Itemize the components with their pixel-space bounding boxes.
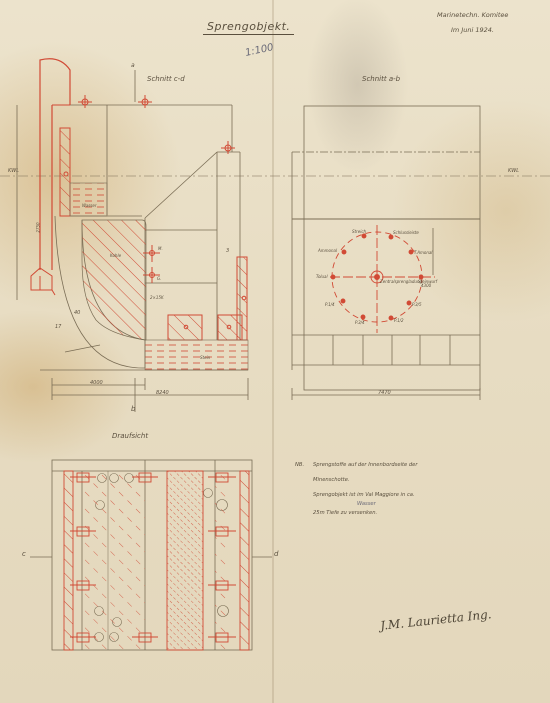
water-label: Wasser	[82, 203, 96, 208]
charge-g-label: G.	[157, 276, 161, 281]
section-ab-label: Schnitt a-b	[362, 75, 400, 83]
section-cd-red-structure	[31, 59, 248, 370]
charge-label-2: T.Amonal	[414, 250, 432, 255]
charge-label-0: Streich	[352, 229, 366, 234]
center-charge-label: Zentralsprengladung	[380, 279, 422, 284]
charge-label-1: Schlussleiste	[393, 230, 419, 235]
stone-label: Stein	[200, 355, 210, 360]
section-marker-a: a	[131, 62, 135, 69]
notes-line-3-insert: Wasser	[357, 501, 376, 507]
coal-label: Kohle	[110, 253, 121, 258]
dimension-7470: 7470	[378, 390, 391, 396]
plan-red-structure	[64, 471, 249, 650]
bollard-icons	[78, 95, 235, 154]
dimension-4000: 4000	[90, 380, 103, 386]
plan-marker-c: c	[22, 550, 26, 558]
notes-line-4: 25m Tiefe zu versenken.	[313, 510, 377, 516]
plan-view-label: Draufsicht	[112, 432, 148, 440]
section-marker-b: b	[131, 405, 135, 413]
number-17-label: 17	[55, 324, 61, 330]
notes-line-3: Sprengobjekt ist im Val Maggiore in ca.	[313, 492, 415, 498]
charge-label-7: P.1/4	[325, 302, 335, 307]
charge-label-8: Tolual	[316, 274, 328, 279]
notes-line-1: Sprengstoffe auf der Innenbordseite der	[313, 462, 418, 468]
notes-line-2: Minenschotte.	[313, 477, 350, 483]
charge-m-label: M.	[158, 246, 163, 251]
notes-prefix: NB.	[295, 462, 304, 468]
section-ab	[292, 106, 480, 400]
waterline-label-left: KWL	[8, 168, 19, 174]
charge-label-4: P.3/5	[412, 302, 422, 307]
dimension-8240: 8240	[156, 390, 169, 396]
frame-number-label: 3	[226, 248, 229, 254]
charge-label-6: P.3/4	[355, 320, 365, 325]
girder-label: 2×15K	[150, 295, 164, 300]
drawing-sheet: Sprengobjekt. 1:100 Marinetechn. Komitee…	[0, 0, 550, 703]
waterline-label-right: KWL	[508, 168, 519, 174]
plan-marker-d: d	[274, 550, 278, 558]
charge-label-5: P.1/2	[394, 318, 404, 323]
dimension-left-side: 2750	[36, 222, 41, 232]
section-cd-label: Schnitt c-d	[147, 75, 185, 83]
charge-label-9: Ammonal	[318, 248, 337, 253]
number-40-label: 40	[74, 310, 80, 316]
technical-drawing	[0, 0, 550, 703]
